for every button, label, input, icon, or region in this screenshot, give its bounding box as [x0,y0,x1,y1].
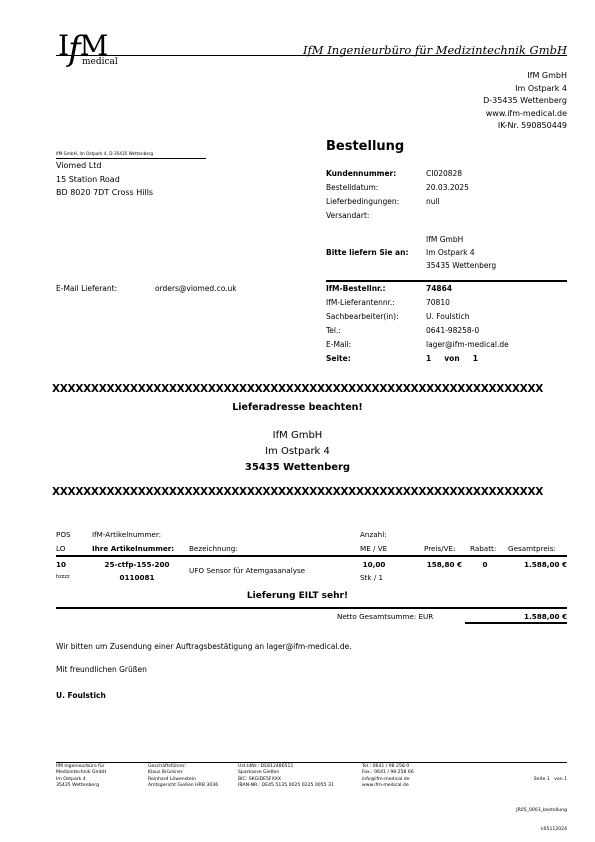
contact-email[interactable]: lager@ifm-medical.de [426,340,509,349]
delivery-terms: null [426,197,440,206]
recipient-address: Viomed Ltd 15 Station Road BD 8020 7DT C… [56,159,153,200]
document-title: Bestellung [326,139,404,154]
urgent-delivery-note: Lieferung EILT sehr! [0,591,595,601]
net-total-label: Netto Gesamtsumme: EUR [337,612,433,621]
sender-address: IfM GmbH Im Ostpark 4 D-35435 Wettenberg… [483,70,567,133]
x-separator-top: XXXXXXXXXXXXXXXXXXXXXXXXXXXXXXXXXXXXXXXX… [0,383,595,395]
ifm-order-number: 74864 [426,284,452,293]
x-separator-bottom: XXXXXXXXXXXXXXXXXXXXXXXXXXXXXXXXXXXXXXXX… [0,486,595,498]
logo-subtitle: medical [82,57,118,67]
info-rule [326,280,567,282]
footer-management: Geschäftsführer: Klaus Brückner Reinhard… [148,764,218,789]
confirmation-request: Wir bitten um Zusendung einer Auftragsbe… [56,642,352,651]
table-footer-rule [56,607,567,609]
net-total-value: 1.588,00 € [487,612,567,621]
deliver-to-label: Bitte liefern Sie an: [326,248,408,257]
delivery-notice-address: IfM GmbH Im Ostpark 4 35435 Wettenberg [0,428,595,476]
return-address-line: IfM GmbH, Im Ostpark 4, D-35435 Wettenbe… [56,151,153,156]
table-header-rule [56,555,567,557]
greeting: Mit freundlichen Grüßen [56,665,147,674]
order-date: 20.03.2025 [426,183,469,192]
supplier-email-label: E-Mail Lieferant: [56,284,117,293]
footer-contact: Tel.: 0641 / 98 258 0 Fax.: 0641 / 98 25… [362,764,414,789]
footer-company: IfM Ingenieurbüro für Medizintechnik Gmb… [56,764,106,789]
company-title: IfM Ingenieurbüro für Medizintechnik Gmb… [303,43,567,57]
net-total-rule [465,622,567,624]
website-link[interactable]: www.ifm-medical.de [483,108,567,121]
supplier-email[interactable]: orders@viomed.co.uk [155,284,237,293]
page-indicator: 1 von 1 [426,354,478,363]
delivery-notice-heading: Lieferadresse beachten! [0,402,595,413]
signature: U. Foulstich [56,691,106,700]
customer-number: CI020828 [426,169,462,178]
footer-rule [56,762,567,763]
footer-document-info: Seite 1 von 1 JR05_0003_bestellung k0511… [516,764,567,840]
footer-bank: Ust.IdNr.: DE812486511 Sparkasse Gießen … [238,764,334,789]
